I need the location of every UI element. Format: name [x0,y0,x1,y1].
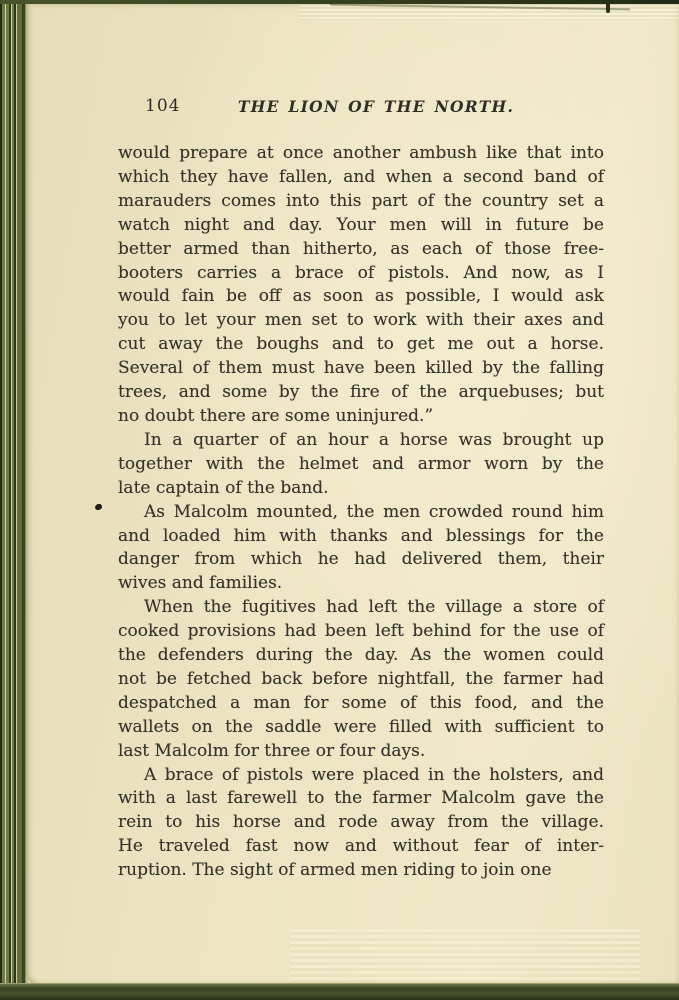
text-line: He traveled fast now and without fear of… [118,835,604,859]
paragraph: In a quarter of an hour a horse was brou… [118,429,604,501]
paragraph: A brace of pistols were placed in the ho… [118,764,604,884]
page-content: 104 THE LION OF THE NORTH. would prepare… [118,96,604,883]
text-line: ruption. The sight of armed men riding t… [118,859,604,883]
text-line: When the fugitives had left the village … [118,596,604,620]
text-line: no doubt there are some uninjured.” [118,405,604,429]
book-page-scan: 104 THE LION OF THE NORTH. would prepare… [0,0,679,1000]
text-line: wallets on the saddle were filled with s… [118,716,604,740]
text-line: Several of them must have been killed by… [118,357,604,381]
text-line: with a last farewell to the farmer Malco… [118,787,604,811]
text-line: better armed than hitherto, as each of t… [118,238,604,262]
text-line: and loaded him with thanks and blessings… [118,525,604,549]
text-line: rein to his horse and rode away from the… [118,811,604,835]
text-line: despatched a man for some of this food, … [118,692,604,716]
text-line: late captain of the band. [118,477,604,501]
page-edge-notch [606,2,610,13]
text-line: not be fetched back before nightfall, th… [118,668,604,692]
text-line: which they have fallen, and when a secon… [118,166,604,190]
text-line: danger from which he had delivered them,… [118,548,604,572]
book-edge-left [0,0,28,1000]
text-line: wives and families. [118,572,604,596]
text-line: cut away the boughs and to get me out a … [118,333,604,357]
running-title: THE LION OF THE NORTH. [148,97,604,116]
text-line: As Malcolm mounted, the men crowded roun… [118,501,604,525]
page-header: 104 THE LION OF THE NORTH. [118,96,604,116]
paragraph: When the fugitives had left the village … [118,596,604,763]
paragraph: would prepare at once another ambush lik… [118,142,604,429]
text-line: trees, and some by the fire of the arque… [118,381,604,405]
text-line: marauders comes into this part of the co… [118,190,604,214]
text-line: cooked provisions had been left behind f… [118,620,604,644]
text-line: last Malcolm for three or four days. [118,740,604,764]
text-line: A brace of pistols were placed in the ho… [118,764,604,788]
paragraph: As Malcolm mounted, the men crowded roun… [118,501,604,597]
text-line: booters carries a brace of pistols. And … [118,262,604,286]
text-line: watch night and day. Your men will in fu… [118,214,604,238]
text-line: In a quarter of an hour a horse was brou… [118,429,604,453]
page-body: would prepare at once another ambush lik… [118,142,604,883]
text-line: would fain be off as soon as possible, I… [118,285,604,309]
text-line: the defenders during the day. As the wom… [118,644,604,668]
text-line: would prepare at once another ambush lik… [118,142,604,166]
text-line: you to let your men set to work with the… [118,309,604,333]
text-line: together with the helmet and armor worn … [118,453,604,477]
book-cover-bottom [0,983,679,1000]
